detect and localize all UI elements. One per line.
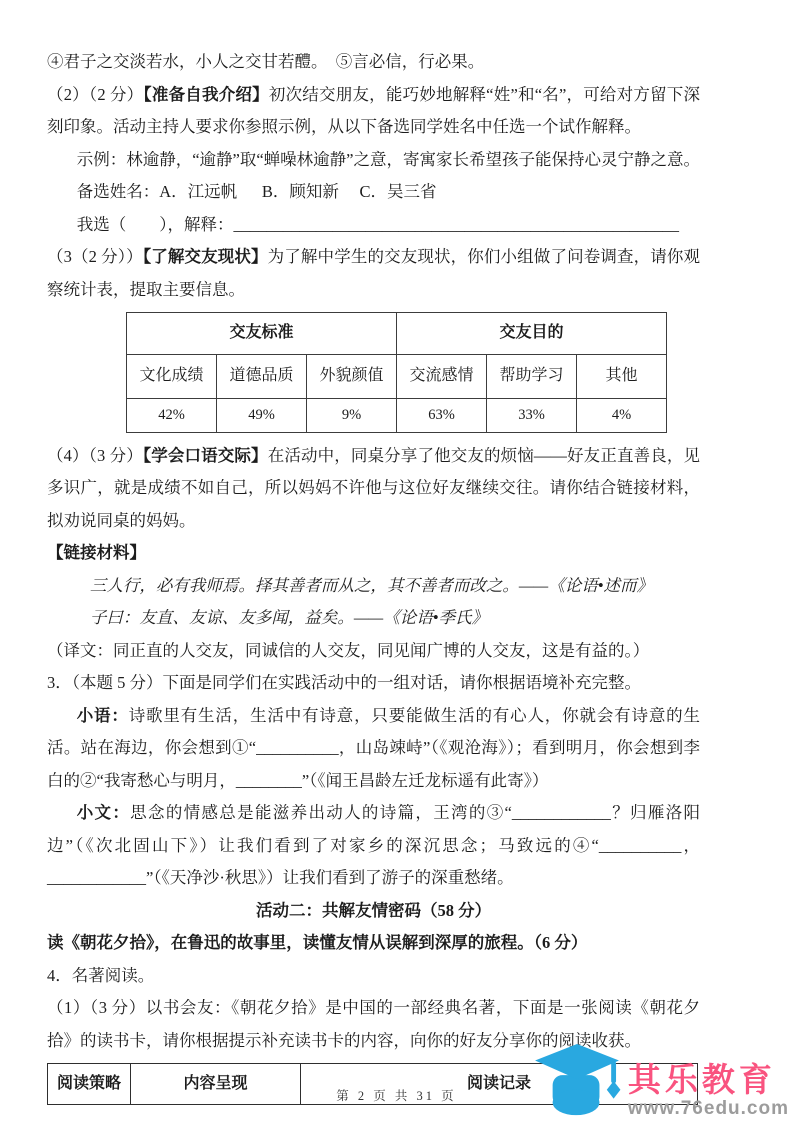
question-4-tag: 【学会口语交际】 xyxy=(143,446,268,465)
quote-lunyu-jishi: 子曰：友直、友谅、友多闻，益矣。——《论语•季氏》 xyxy=(47,602,700,635)
question-5-intro: 3．（本题 5 分）下面是同学们在实践活动中的一组对话，请你根据语境补充完整。 xyxy=(47,667,700,700)
survey-group-purpose: 交友目的 xyxy=(397,313,667,355)
answer-choose-blank: 我选（ ），解释：_______________________________… xyxy=(77,215,679,234)
saying-items: ④君子之交淡若水，小人之交甘若醴。 ⑤言必信，行必果。 xyxy=(47,52,484,71)
numbered-sayings-line: ④君子之交淡若水，小人之交甘若醴。 ⑤言必信，行必果。 xyxy=(47,46,700,79)
brand-text-block: 其乐教育 www.76edu.com xyxy=(628,1061,789,1122)
survey-column-header-row: 文化成绩 道德品质 外貌颜值 交流感情 帮助学习 其他 xyxy=(127,355,667,399)
link-material-heading: 【链接材料】 xyxy=(47,537,700,570)
question-4: （4）（3 分）【学会口语交际】在活动中，同桌分享了他交友的烦恼——好友正直善良… xyxy=(47,440,700,538)
candidate-names-line: 备选姓名：A．江远帆 B．顾知新 C．吴三省 xyxy=(47,176,700,209)
survey-col-1: 文化成绩 xyxy=(127,355,217,399)
survey-col-5: 帮助学习 xyxy=(487,355,577,399)
survey-val-6: 4% xyxy=(577,399,667,433)
question-3-tag: 【了解交友现状】 xyxy=(143,247,268,266)
survey-col-2: 道德品质 xyxy=(217,355,307,399)
survey-val-2: 49% xyxy=(217,399,307,433)
translation-line: （译文：同正直的人交友，同诚信的人交友，同见闻广博的人交友，这是有益的。） xyxy=(47,635,700,668)
survey-value-row: 42% 49% 9% 63% 33% 4% xyxy=(127,399,667,433)
answer-choose-line: 我选（ ），解释：_______________________________… xyxy=(47,209,700,242)
candidate-names-text: 备选姓名：A．江远帆 B．顾知新 C．吴三省 xyxy=(77,182,437,201)
question-2-tag: 【准备自我介绍】 xyxy=(143,85,268,104)
question-3: （3（2 分））【了解交友现状】为了解中学生的交友现状，你们小组做了问卷调查，请… xyxy=(47,241,700,306)
survey-group-header-row: 交友标准 交友目的 xyxy=(127,313,667,355)
dialog-xiaoyu: 小语：诗歌里有生活，生活中有诗意，只要能做生活的有心人，你就会有诗意的生活。站在… xyxy=(47,700,700,798)
question-2: （2）（2 分）【准备自我介绍】初次结交朋友，能巧妙地解释“姓”和“名”，可给对… xyxy=(47,79,700,144)
example-text: 示例：林逾静，“逾静”取“蝉噪林逾静”之意，寄寓家长希望孩子能保持心灵宁静之意。 xyxy=(77,150,700,169)
question-4-number: （4）（3 分） xyxy=(47,446,143,465)
question-3-number: （3（2 分）） xyxy=(47,247,143,266)
brand-logo: 其乐教育 www.76edu.com xyxy=(532,1042,789,1122)
question-6-heading: 4．名著阅读。 xyxy=(47,960,700,993)
activity-2-title: 活动二：共解友情密码（58 分） xyxy=(47,895,700,928)
dialog-xiaowen-speaker: 小文： xyxy=(77,803,130,822)
survey-val-3: 9% xyxy=(307,399,397,433)
example-line: 示例：林逾静，“逾静”取“蝉噪林逾静”之意，寄寓家长希望孩子能保持心灵宁静之意。 xyxy=(47,144,700,177)
survey-col-4: 交流感情 xyxy=(397,355,487,399)
survey-val-5: 33% xyxy=(487,399,577,433)
survey-group-standard: 交友标准 xyxy=(127,313,397,355)
survey-col-6: 其他 xyxy=(577,355,667,399)
quote-lunyu-shuer: 三人行，必有我师焉。择其善者而从之，其不善者而改之。——《论语•述而》 xyxy=(47,570,700,603)
dialog-xiaoyu-speaker: 小语： xyxy=(77,706,129,725)
question-2-number: （2）（2 分） xyxy=(47,85,143,104)
dialog-xiaowen: 小文：思念的情感总是能滋养出动人的诗篇，王湾的③“____________？归雁… xyxy=(47,797,700,895)
survey-val-1: 42% xyxy=(127,399,217,433)
exam-page-body: ④君子之交淡若水，小人之交甘若醴。 ⑤言必信，行必果。 （2）（2 分）【准备自… xyxy=(47,46,700,1105)
dialog-xiaoyu-text: 诗歌里有生活，生活中有诗意，只要能做生活的有心人，你就会有诗意的生活。站在海边，… xyxy=(47,706,700,790)
graduation-cap-icon xyxy=(532,1042,624,1122)
activity-2-subtitle: 读《朝花夕拾》，在鲁迅的故事里，读懂友情从误解到深厚的旅程。（6 分） xyxy=(47,927,700,960)
survey-table: 交友标准 交友目的 文化成绩 道德品质 外貌颜值 交流感情 帮助学习 其他 42… xyxy=(126,312,667,433)
dialog-xiaowen-text: 思念的情感总是能滋养出动人的诗篇，王湾的③“____________？归雁洛阳边… xyxy=(47,803,700,887)
survey-val-4: 63% xyxy=(397,399,487,433)
brand-name: 其乐教育 xyxy=(628,1061,776,1099)
survey-col-3: 外貌颜值 xyxy=(307,355,397,399)
brand-url: www.76edu.com xyxy=(628,1099,789,1120)
